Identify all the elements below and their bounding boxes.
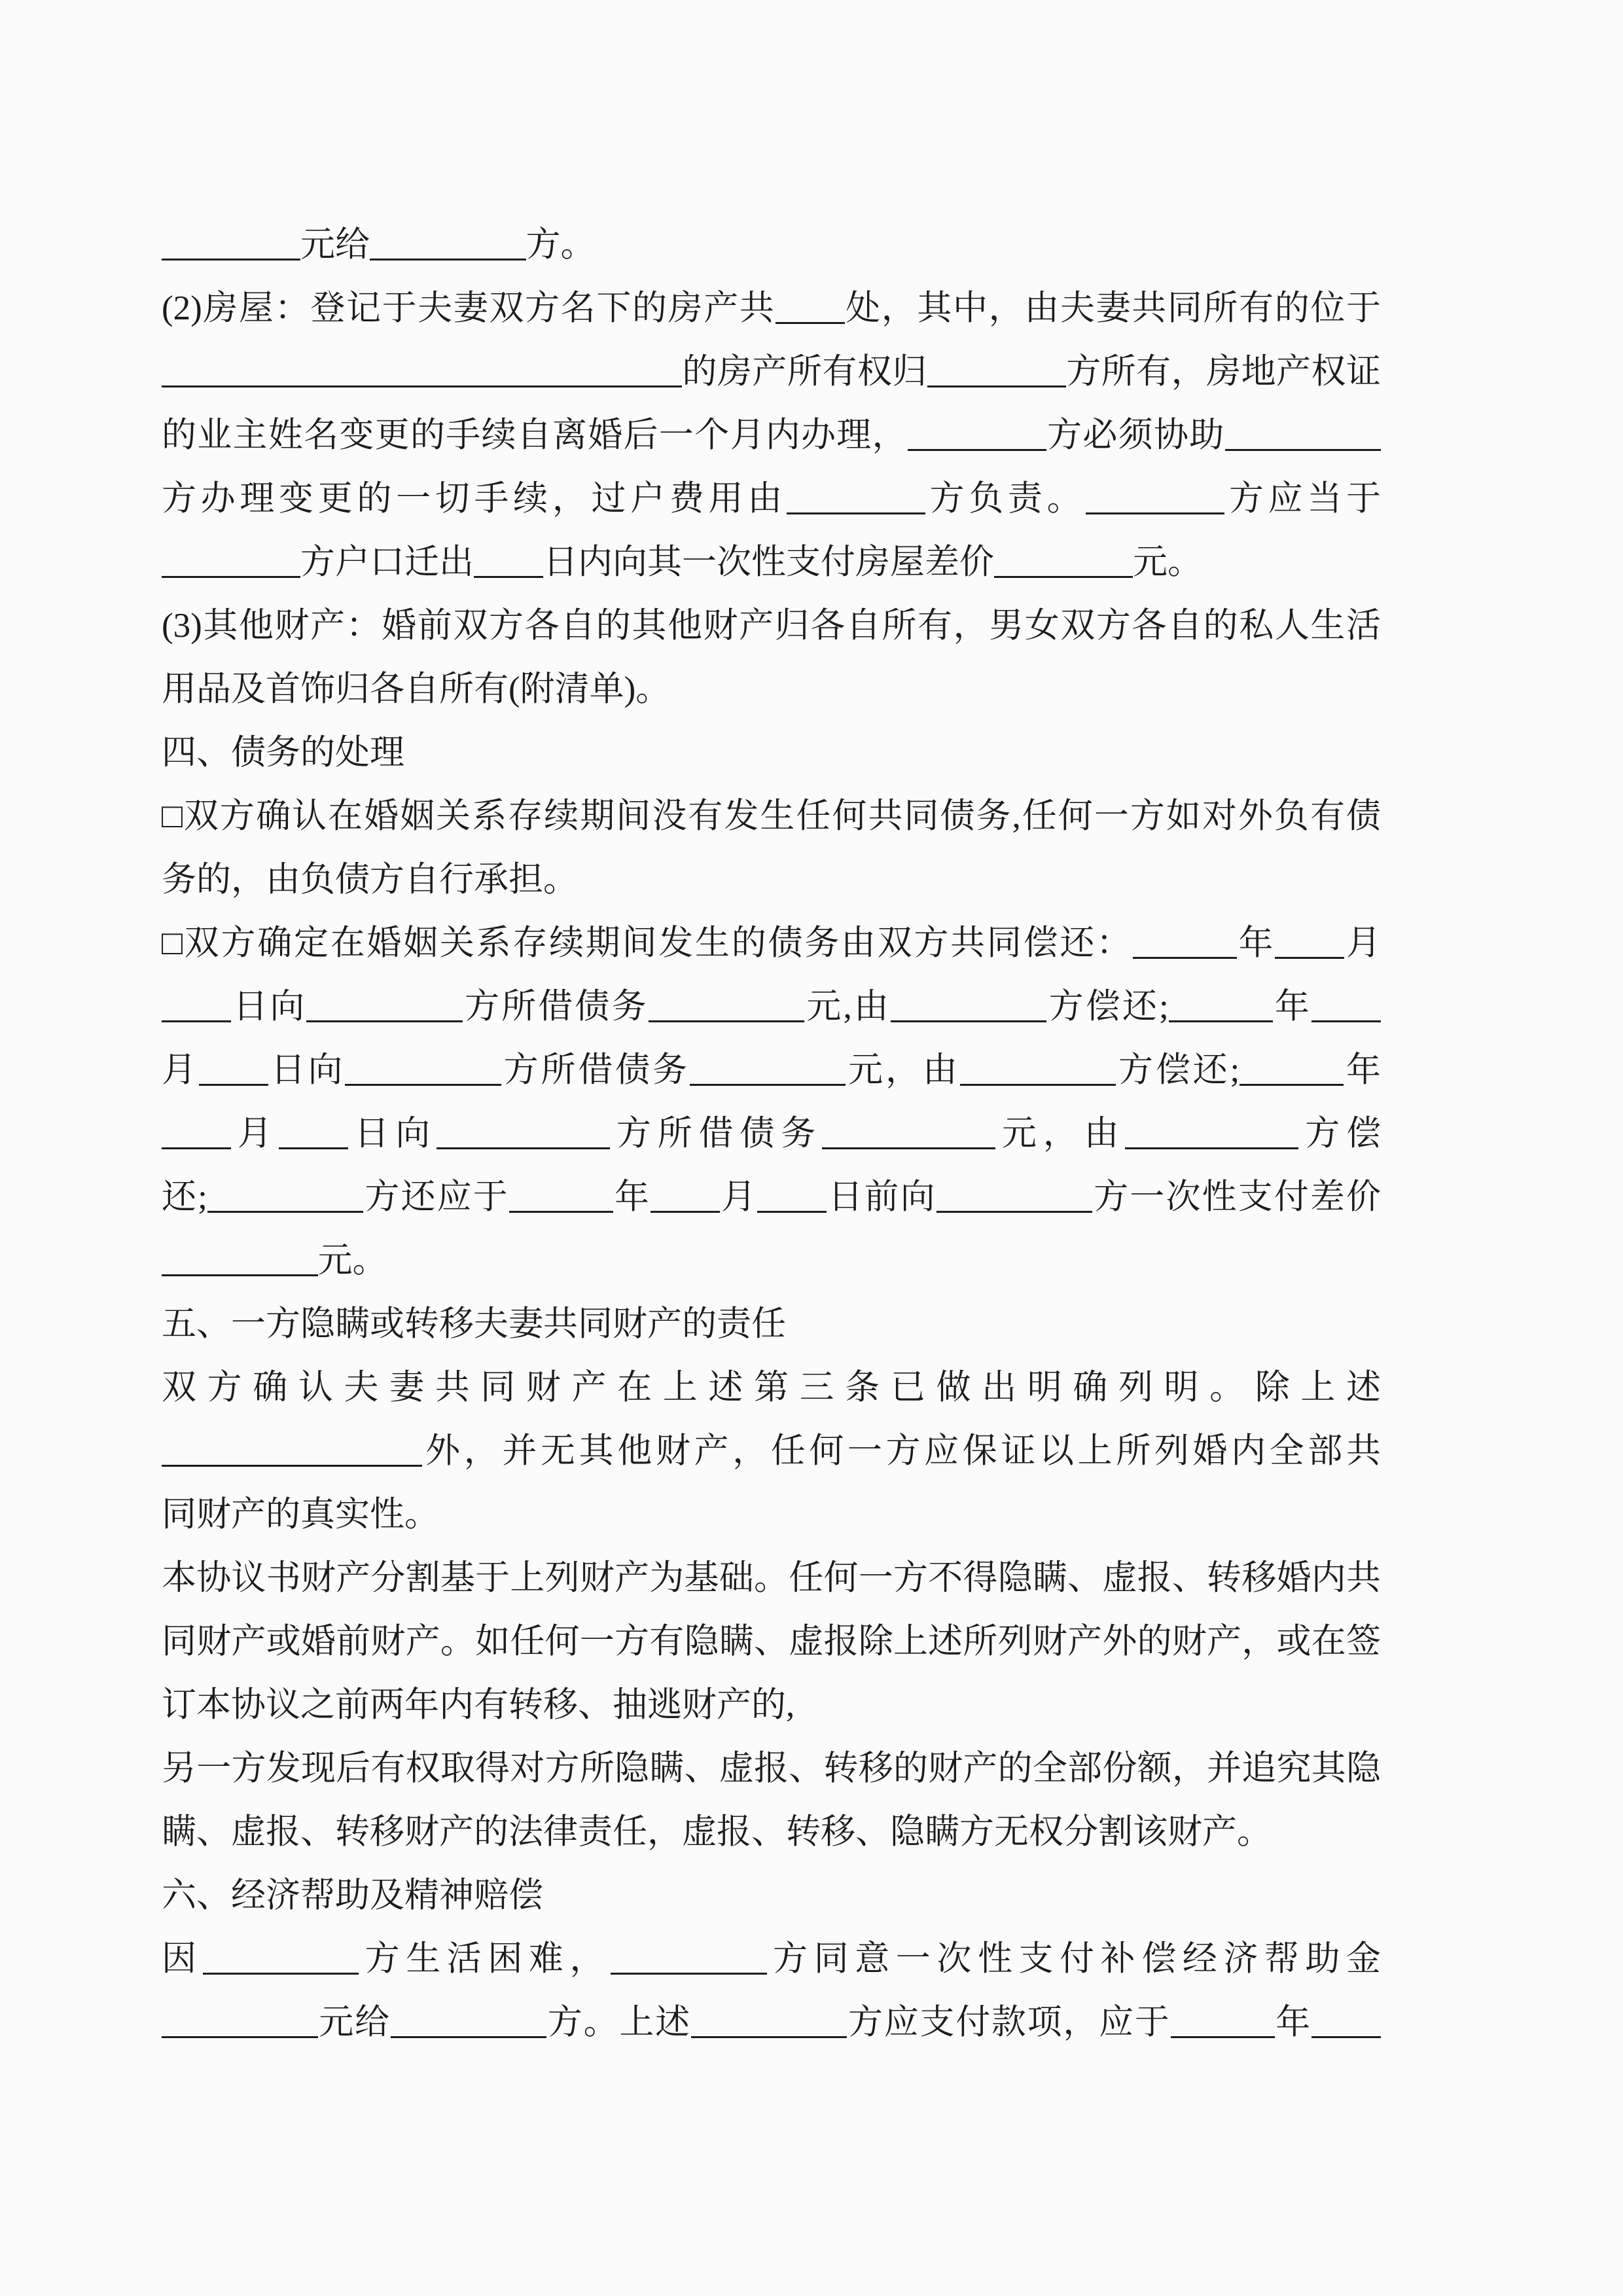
doc-line: 的房产所有权归方所有，房地产权证 [162, 340, 1381, 404]
fill-blank [162, 226, 300, 260]
doc-line: (3)其他财产：婚前双方各自的其他财产归各自所有，男女双方各自的私人生活 [162, 594, 1381, 658]
fill-blank [474, 543, 543, 578]
fill-blank [1086, 480, 1224, 514]
fill-blank [1169, 988, 1273, 1022]
fill-blank [1311, 988, 1381, 1022]
doc-line: (2)房屋：登记于夫妻双方名下的房产共处，其中，由夫妻共同所有的位于 [162, 277, 1381, 340]
fill-blank [1311, 2003, 1381, 2038]
doc-line: 同财产的真实性。 [162, 1483, 1381, 1547]
fill-blank [162, 1242, 318, 1276]
fill-blank [162, 1115, 231, 1149]
document-page: 元给方。(2)房屋：登记于夫妻双方名下的房产共处，其中，由夫妻共同所有的位于的房… [0, 0, 1623, 2296]
fill-blank [207, 1178, 364, 1213]
fill-blank [391, 2003, 547, 2038]
doc-line: 的业主姓名变更的手续自离婚后一个月内办理，方必须协助 [162, 404, 1381, 467]
doc-line: 用品及首饰归各自所有(附清单)。 [162, 658, 1381, 721]
fill-blank [611, 1940, 767, 1975]
doc-line: 四、债务的处理 [162, 721, 1381, 785]
fill-blank [370, 226, 526, 260]
fill-blank [927, 353, 1066, 387]
fill-blank [691, 2003, 847, 2038]
fill-blank [690, 1051, 846, 1086]
fill-blank [776, 289, 845, 324]
fill-blank [437, 1115, 610, 1149]
fill-blank [651, 1178, 720, 1213]
doc-line: 五、一方隐瞒或转移夫妻共同财产的责任 [162, 1293, 1381, 1356]
doc-line: 另一方发现后有权取得对方所隐瞒、虚报、转移的财产的全部份额，并追究其隐 [162, 1737, 1381, 1801]
agreement-body: 元给方。(2)房屋：登记于夫妻双方名下的房产共处，其中，由夫妻共同所有的位于的房… [162, 213, 1381, 2054]
fill-blank [960, 1051, 1116, 1086]
doc-line: 日向方所借债务元,由方偿还;年 [162, 975, 1381, 1039]
doc-line: 元。 [162, 1229, 1381, 1293]
fill-blank [787, 480, 925, 514]
fill-blank [1240, 1051, 1344, 1086]
fill-blank [757, 1178, 827, 1213]
fill-blank [908, 416, 1046, 451]
fill-blank [891, 988, 1047, 1022]
doc-line: 月日向方所借债务元，由方偿还;年 [162, 1039, 1381, 1102]
doc-line: 瞒、虚报、转移财产的法律责任，虚报、转移、隐瞒方无权分割该财产。 [162, 1801, 1381, 1864]
fill-blank [936, 1178, 1093, 1213]
doc-line: 同财产或婚前财产。如任何一方有隐瞒、虚报除上述所列财产外的财产，或在签 [162, 1610, 1381, 1674]
fill-blank [1133, 924, 1237, 959]
fill-blank [162, 988, 231, 1022]
doc-line: 务的，由负债方自行承担。 [162, 848, 1381, 912]
fill-blank [306, 988, 463, 1022]
doc-line: □双方确定在婚姻关系存续期间发生的债务由双方共同偿还：年月 [162, 912, 1381, 975]
fill-blank [162, 1432, 422, 1467]
fill-blank [509, 1178, 613, 1213]
doc-line: □双方确认在婚姻关系存续期间没有发生任何共同债务,任何一方如对外负有债 [162, 785, 1381, 848]
doc-line: 元给方。上述方应支付款项，应于年 [162, 1991, 1381, 2054]
fill-blank [1275, 924, 1344, 959]
fill-blank [1171, 2003, 1275, 2038]
fill-blank [203, 1940, 359, 1975]
doc-line: 订本协议之前两年内有转移、抽逃财产的, [162, 1674, 1381, 1737]
doc-line: 因方生活困难，方同意一次性支付补偿经济帮助金 [162, 1928, 1381, 1991]
doc-line: 方办理变更的一切手续，过户费用由方负责。方应当于 [162, 467, 1381, 531]
doc-line: 方户口迁出日内向其一次性支付房屋差价元。 [162, 531, 1381, 594]
doc-line: 双方确认夫妻共同财产在上述第三条已做出明确列明。除上述 [162, 1356, 1381, 1420]
fill-blank [1125, 1115, 1298, 1149]
fill-blank [162, 543, 300, 578]
fill-blank [279, 1115, 348, 1149]
fill-blank [1225, 416, 1382, 451]
doc-line: 外，并无其他财产，任何一方应保证以上所列婚内全部共 [162, 1420, 1381, 1483]
fill-blank [345, 1051, 501, 1086]
fill-blank [199, 1051, 268, 1086]
fill-blank [649, 988, 805, 1022]
doc-line: 元给方。 [162, 213, 1381, 277]
doc-line: 六、经济帮助及精神赔偿 [162, 1864, 1381, 1928]
doc-line: 月日向方所借债务元，由方偿 [162, 1102, 1381, 1166]
fill-blank [994, 543, 1133, 578]
fill-blank [822, 1115, 995, 1149]
fill-blank [162, 2003, 318, 2038]
doc-line: 本协议书财产分割基于上列财产为基础。任何一方不得隐瞒、虚报、转移婚内共 [162, 1547, 1381, 1610]
fill-blank [162, 353, 682, 387]
doc-line: 还;方还应于年月日前向方一次性支付差价 [162, 1166, 1381, 1229]
